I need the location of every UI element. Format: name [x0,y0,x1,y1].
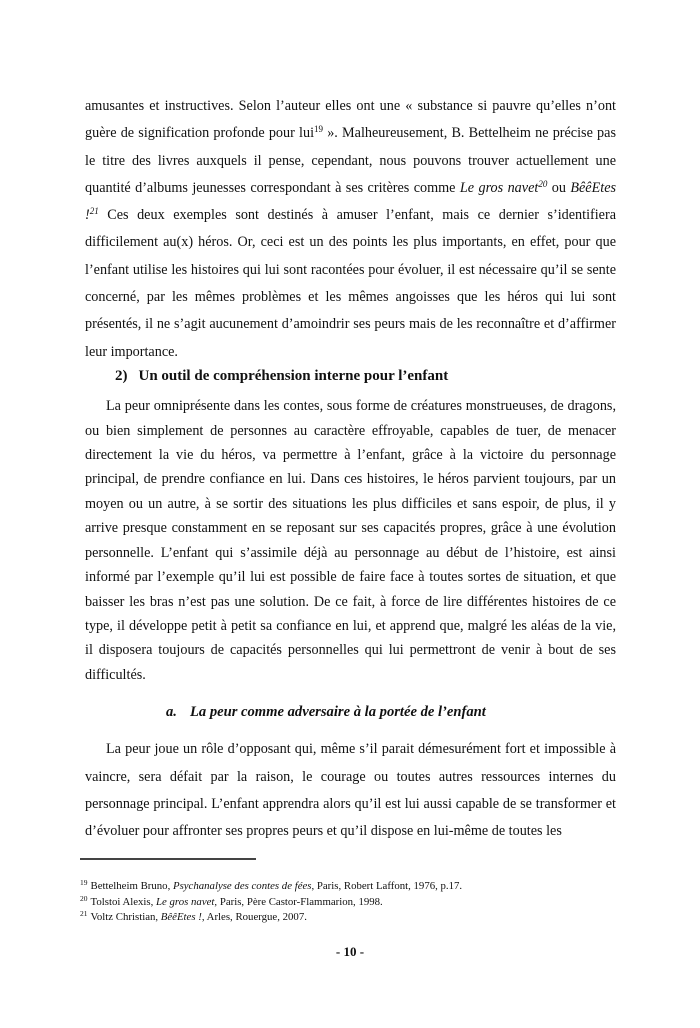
footnotes-section: 19Bettelheim Bruno, Psychanalyse des con… [80,858,617,926]
document-page: amusantes et instructives. Selon l’auteu… [0,0,700,1028]
section-heading: 2)Un outil de compréhension interne pour… [85,363,616,390]
footnote-item-20: 20Tolstoi Alexis, Le gros navet, Paris, … [80,895,617,911]
subsection-heading-title: La peur comme adversaire à la portée de … [190,704,486,720]
footnote-text: Voltz Christian, BêêEtes !, Arles, Rouer… [91,911,307,923]
body-text: amusantes et instructives. Selon l’auteu… [85,0,616,846]
body-paragraph-2: La peur omniprésente dans les contes, so… [85,394,616,687]
footnote-marker: 21 [80,909,88,918]
footnote-text: Tolstoi Alexis, Le gros navet, Paris, Pè… [91,896,383,908]
subsection-heading-letter: a. [166,699,177,726]
section-heading-title: Un outil de compréhension interne pour l… [139,368,449,384]
footnote-marker: 20 [80,894,88,903]
footnote-item-21: 21Voltz Christian, BêêEtes !, Arles, Rou… [80,910,617,926]
footnote-item-19: 19Bettelheim Bruno, Psychanalyse des con… [80,879,617,895]
body-paragraph-3: La peur joue un rôle d’opposant qui, mêm… [85,736,616,845]
body-paragraph-1: amusantes et instructives. Selon l’auteu… [85,93,616,366]
page-number: - 10 - [0,944,700,960]
subsection-heading: a.La peur comme adversaire à la portée d… [85,699,616,726]
footnote-separator [80,858,256,860]
footnote-text: Bettelheim Bruno, Psychanalyse des conte… [91,880,463,892]
footnote-marker: 19 [80,878,88,887]
section-heading-number: 2) [115,363,128,390]
